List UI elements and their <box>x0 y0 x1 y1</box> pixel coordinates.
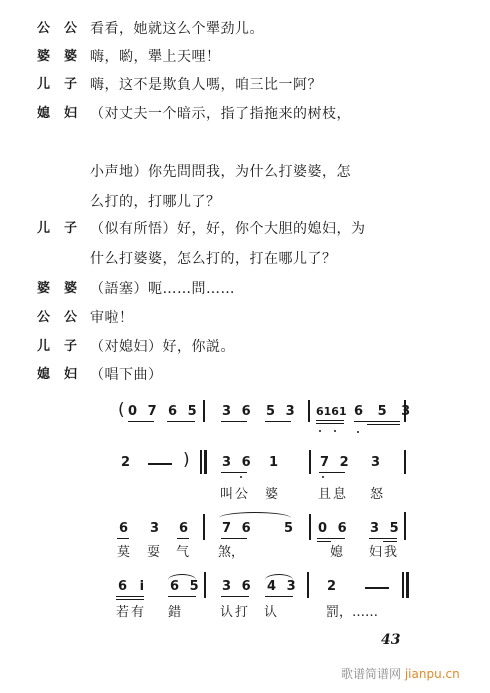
note: 0 6 <box>318 522 350 536</box>
beam <box>369 538 397 539</box>
beam <box>316 423 344 424</box>
beam <box>221 472 247 473</box>
octave-dot <box>319 430 321 432</box>
note: 3 5 <box>370 522 402 536</box>
lyric: 怒 <box>370 488 383 502</box>
barline <box>404 512 406 540</box>
beam <box>317 538 345 539</box>
note: 7 6 <box>222 522 254 536</box>
note: 6 i <box>118 580 148 594</box>
watermark: 歌谱简谱网 jianpu.cn <box>341 665 460 682</box>
jianpu-score: ( 0 7 6 5 3 6 5 3 6161 6 5 3 2 ) 3 6 1 7… <box>0 0 490 693</box>
note: 4 3 <box>267 580 299 594</box>
lyric: 若有 <box>116 606 146 620</box>
octave-dot <box>357 431 359 433</box>
note: 0 7 <box>128 405 160 419</box>
beam <box>367 424 400 425</box>
barline <box>309 514 311 540</box>
note: 3 6 <box>222 456 254 470</box>
lyric: 媳 <box>330 546 343 560</box>
note: 3 6 <box>222 580 254 594</box>
note: 3 <box>150 522 159 536</box>
beam <box>383 541 397 542</box>
beam <box>265 421 291 422</box>
lyric: 煞， <box>218 546 244 560</box>
octave-dot <box>334 430 336 432</box>
note: 3 <box>371 456 380 470</box>
beam <box>319 472 345 473</box>
barline <box>402 572 404 598</box>
beam <box>116 599 144 600</box>
note: 6 <box>179 522 188 536</box>
note: 1 <box>269 456 278 470</box>
beam <box>316 420 344 421</box>
barline <box>308 400 310 422</box>
lyric: 婆 <box>265 488 278 502</box>
lyric: 錯 <box>168 606 181 620</box>
beam <box>317 541 331 542</box>
watermark-cn: 歌谱简谱网 <box>341 667 401 681</box>
beam <box>221 538 247 539</box>
beam <box>168 596 196 597</box>
watermark-latin: jianpu.cn <box>405 667 460 681</box>
barline <box>309 450 311 474</box>
beam <box>116 596 144 597</box>
extension-dash <box>365 587 389 589</box>
lyric: 妇我 <box>369 546 399 560</box>
beam <box>265 596 293 597</box>
barline <box>204 572 206 598</box>
barline <box>404 450 406 474</box>
barline <box>200 450 202 474</box>
note: 6 5 3 <box>354 405 415 419</box>
beam <box>354 421 400 422</box>
beam <box>167 421 195 422</box>
barline <box>203 514 205 540</box>
barline <box>406 572 409 598</box>
barline <box>204 450 207 474</box>
page-number: 43 <box>381 632 400 648</box>
octave-dot <box>240 476 242 478</box>
note: 6 <box>119 522 128 536</box>
lyric: 耍 <box>147 546 160 560</box>
extension-dash <box>148 463 172 465</box>
note: ( <box>118 403 125 417</box>
beam <box>177 538 189 539</box>
lyric: 罰，…… <box>326 606 378 620</box>
lyric: 且息 <box>318 488 348 502</box>
note: 3 6 <box>222 405 254 419</box>
note: 6 5 <box>170 580 202 594</box>
lyric: 气 <box>176 546 189 560</box>
note: 7 2 <box>320 456 352 470</box>
lyric: 叫公 <box>220 488 250 502</box>
note: 6161 <box>316 405 347 419</box>
note: ) <box>183 453 190 467</box>
barline <box>404 400 406 422</box>
barline <box>307 572 309 598</box>
beam <box>221 596 249 597</box>
beam <box>117 538 129 539</box>
note: 2 <box>121 456 130 470</box>
barline <box>203 400 205 422</box>
beam <box>221 421 247 422</box>
lyric: 认 <box>264 606 277 620</box>
note: 2 <box>327 580 336 594</box>
lyric: 莫 <box>117 546 130 560</box>
note: 5 <box>284 522 293 536</box>
lyric: 认打 <box>220 606 250 620</box>
octave-dot <box>322 476 324 478</box>
note: 5 3 <box>266 405 298 419</box>
tie <box>219 512 291 518</box>
note: 6 5 <box>168 405 200 419</box>
beam <box>128 421 154 422</box>
